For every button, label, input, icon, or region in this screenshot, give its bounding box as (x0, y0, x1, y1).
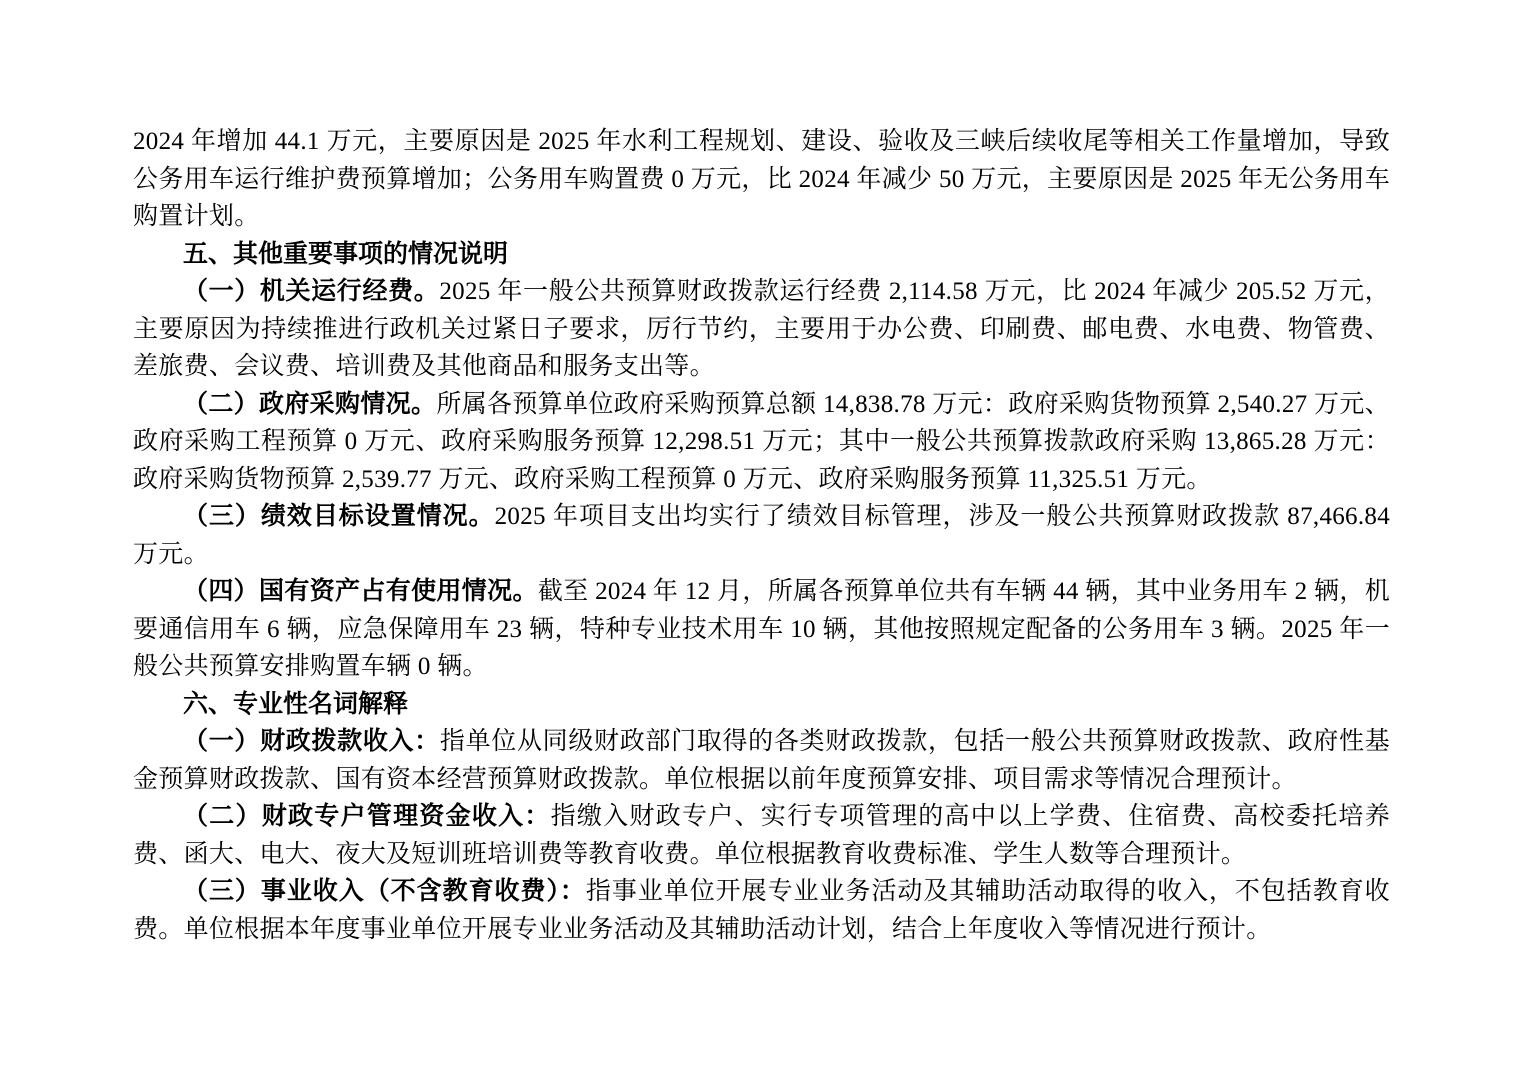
paragraph-special-account-income: （二）财政专户管理资金收入：指缴入财政专户、实行专项管理的高中以上学费、住宿费、… (133, 798, 1390, 873)
paragraph-government-procurement: （二）政府采购情况。所属各预算单位政府采购预算总额 14,838.78 万元：政… (133, 386, 1390, 499)
heading-text: 六、专业性名词解释 (183, 690, 408, 718)
heading-text: 五、其他重要事项的情况说明 (183, 240, 508, 268)
paragraph-performance-targets: （三）绩效目标设置情况。2025 年项目支出均实行了绩效目标管理，涉及一般公共预… (133, 498, 1390, 573)
paragraph-lead: （三）绩效目标设置情况。 (183, 502, 495, 530)
paragraph-state-owned-assets: （四）国有资产占有使用情况。截至 2024 年 12 月，所属各预算单位共有车辆… (133, 573, 1390, 686)
document-page: 2024 年增加 44.1 万元，主要原因是 2025 年水利工程规划、建设、验… (0, 0, 1520, 1074)
paragraph-agency-operating-expense: （一）机关运行经费。2025 年一般公共预算财政拨款运行经费 2,114.58 … (133, 273, 1390, 386)
paragraph-business-income: （三）事业收入（不含教育收费）：指事业单位开展专业业务活动及其辅助活动取得的收入… (133, 873, 1390, 948)
paragraph-lead: （一）财政拨款收入： (183, 727, 440, 755)
section-heading-terminology: 六、专业性名词解释 (133, 686, 1390, 724)
paragraph-lead: （四）国有资产占有使用情况。 (183, 577, 538, 605)
paragraph-text: 2024 年增加 44.1 万元，主要原因是 2025 年水利工程规划、建设、验… (133, 128, 1390, 230)
document-content: 2024 年增加 44.1 万元，主要原因是 2025 年水利工程规划、建设、验… (133, 123, 1390, 948)
paragraph-lead: （一）机关运行经费。 (183, 277, 439, 305)
paragraph-fiscal-appropriation-income: （一）财政拨款收入：指单位从同级财政部门取得的各类财政拨款，包括一般公共预算财政… (133, 723, 1390, 798)
paragraph-vehicle-budget-continuation: 2024 年增加 44.1 万元，主要原因是 2025 年水利工程规划、建设、验… (133, 123, 1390, 236)
paragraph-lead: （三）事业收入（不含教育收费）： (183, 877, 586, 905)
paragraph-lead: （二）财政专户管理资金收入： (183, 802, 551, 830)
section-heading-other-important-matters: 五、其他重要事项的情况说明 (133, 236, 1390, 274)
paragraph-lead: （二）政府采购情况。 (183, 390, 436, 418)
